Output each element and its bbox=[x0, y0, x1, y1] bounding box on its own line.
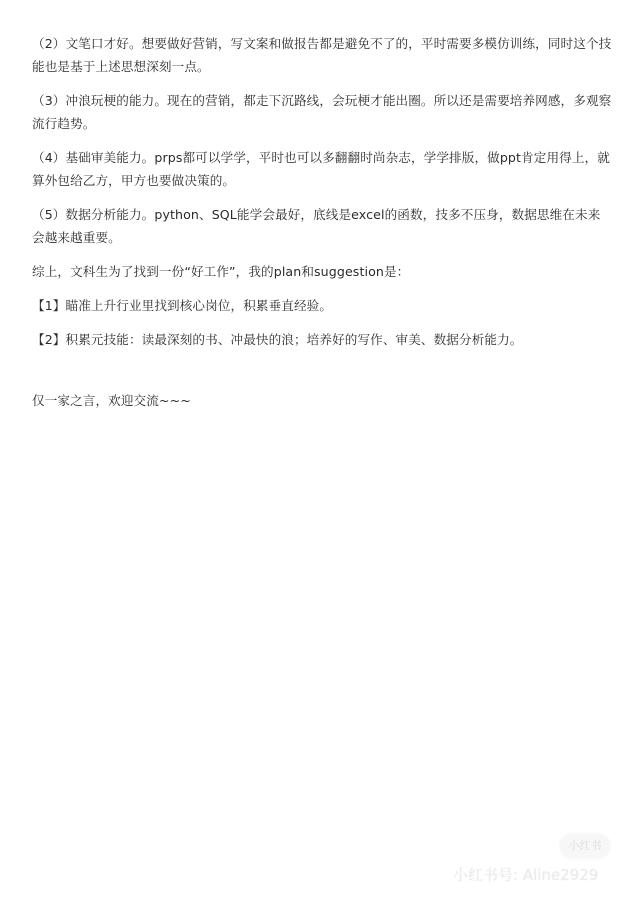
closing-line: 仅一家之言，欢迎交流~~~ bbox=[32, 389, 612, 412]
paragraph-aesthetic-skill: （4）基础审美能力。prps都可以学学，平时也可以多翻翻时尚杂志，学学排版，做p… bbox=[32, 146, 612, 192]
paragraph-data-skill: （5）数据分析能力。python、SQL能学会最好，底线是excel的函数，技多… bbox=[32, 203, 612, 249]
spacer bbox=[32, 362, 612, 389]
document-body: （2）文笔口才好。想要做好营销，写文案和做报告都是避免不了的，平时需要多模仿训练… bbox=[32, 32, 612, 423]
suggestion-item-2: 【2】积累元技能：读最深刻的书、冲最快的浪；培养好的写作、审美、数据分析能力。 bbox=[32, 328, 612, 351]
suggestion-item-1: 【1】瞄准上升行业里找到核心岗位，积累垂直经验。 bbox=[32, 294, 612, 317]
paragraph-meme-skill: （3）冲浪玩梗的能力。现在的营销，都走下沉路线，会玩梗才能出圈。所以还是需要培养… bbox=[32, 89, 612, 135]
watermark-account-id: 小红书号: Aline2929 bbox=[453, 864, 598, 885]
watermark-logo-badge: 小红书 bbox=[560, 834, 610, 858]
paragraph-writing-skill: （2）文笔口才好。想要做好营销，写文案和做报告都是避免不了的，平时需要多模仿训练… bbox=[32, 32, 612, 78]
paragraph-summary: 综上，文科生为了找到一份“好工作”，我的plan和suggestion是： bbox=[32, 260, 612, 283]
